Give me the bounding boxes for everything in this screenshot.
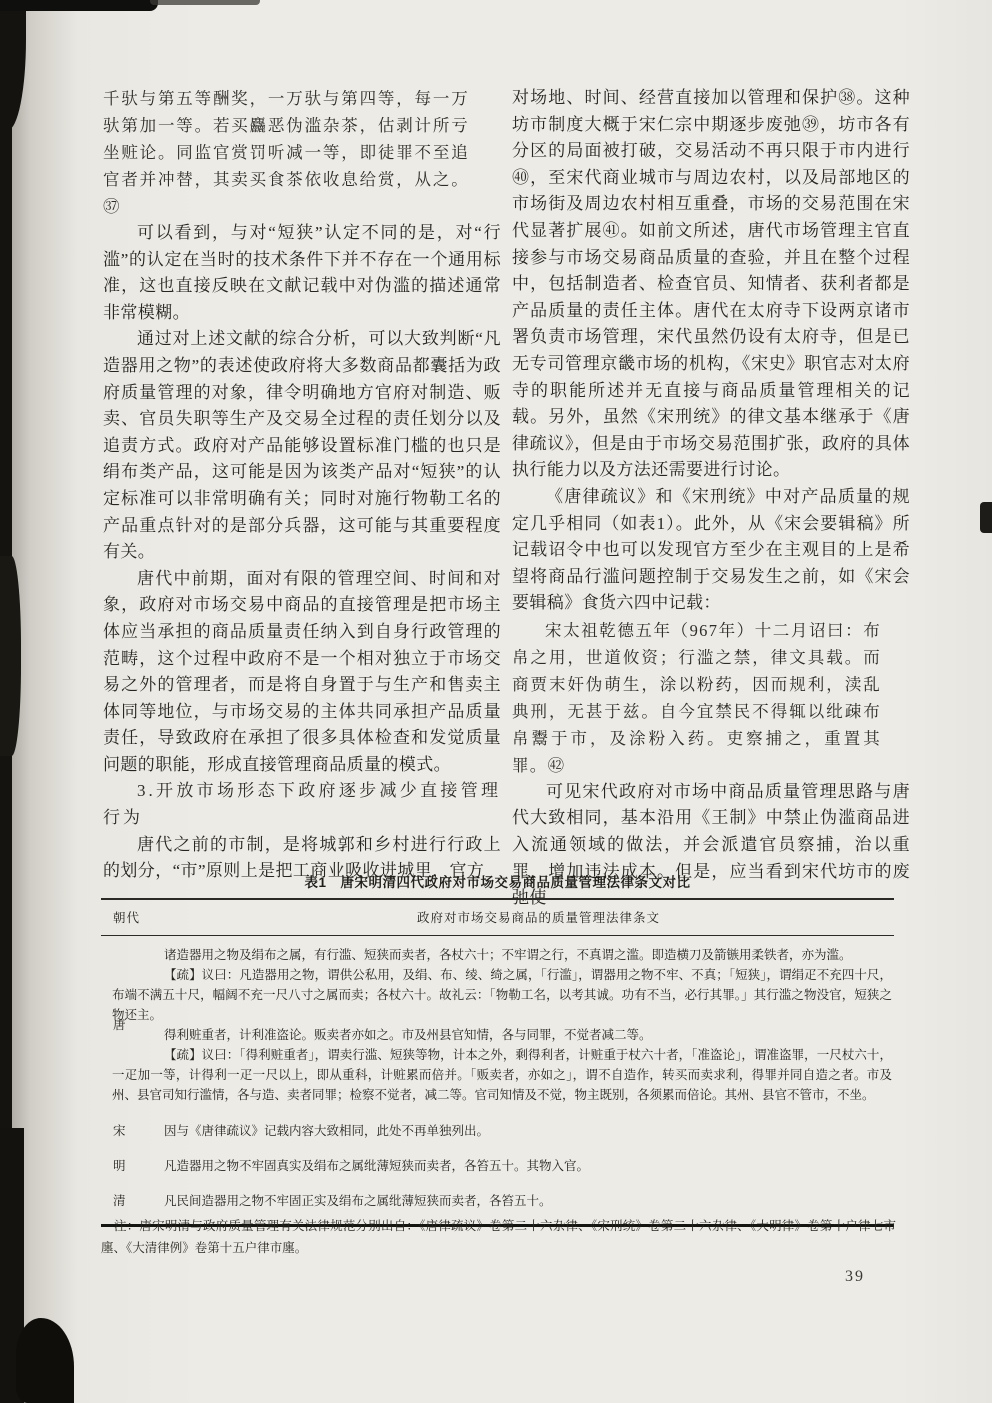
- law-text: 得利赃重者，计利准盗论。贩卖者亦如之。市及州县官知情，各与同罪，不觉者减二等。: [101, 1025, 894, 1045]
- table-rows: 唐 诸造器用之物及绢布之属，有行滥、短狭而卖者，各杖六十；不牢谓之行，不真谓之滥…: [101, 936, 894, 1227]
- page-number: 39: [845, 1268, 865, 1286]
- law-text: 【疏】议曰：凡造器用之物，谓供公私用，及绢、布、绫、绮之属，「行滥」，谓器用之物…: [101, 965, 894, 1025]
- scanned-paper-page: 千驮与第五等酬奖，一万驮与第四等，每一万驮第加一等。若买麤恶伪滥杂茶，估剥计所亏…: [0, 0, 992, 1403]
- left-text-column: 千驮与第五等酬奖，一万驮与第四等，每一万驮第加一等。若买麤恶伪滥杂茶，估剥计所亏…: [103, 85, 501, 885]
- table-body: 朝代 政府对市场交易商品的质量管理法律条文 唐 诸造器用之物及绢布之属，有行滥、…: [101, 898, 894, 1227]
- table-caption-label: 表1: [304, 875, 326, 890]
- dynasty-label-song: 宋: [113, 1121, 126, 1141]
- table-header-law: 政府对市场交易商品的质量管理法律条文: [183, 908, 894, 928]
- table-row: 唐 诸造器用之物及绢布之属，有行滥、短狭而卖者，各杖六十；不牢谓之行，不真谓之滥…: [101, 941, 894, 1109]
- section-subheading: 3.开放市场形态下政府逐步减少直接管理行为: [103, 778, 501, 831]
- table-header-row: 朝代 政府对市场交易商品的质量管理法律条文: [101, 900, 894, 936]
- quote-continuation: 千驮与第五等酬奖，一万驮与第四等，每一万驮第加一等。若买麤恶伪滥杂茶，估剥计所亏…: [103, 85, 469, 220]
- scan-artifact-corner: [16, 1318, 74, 1403]
- scan-artifact-right-tick: [980, 502, 992, 533]
- table-source-note: 注：唐宋明清与政府质量管理有关法律规范分别出自：《唐律疏议》卷第二十六杂律、《宋…: [101, 1216, 896, 1259]
- law-text: 凡民间造器用之物不牢固正实及绢布之属纰薄短狭而卖者，各笞五十。: [101, 1191, 894, 1211]
- scan-artifact-topbar: [0, 0, 158, 11]
- right-text-column: 对场地、时间、经营直接加以管理和保护㊳。这种坊市制度大概于宋仁宗中期逐步废弛㊴，…: [512, 85, 910, 912]
- body-paragraph: 唐代中前期，面对有限的管理空间、时间和对象，政府对市场交易中商品的直接管理是把市…: [103, 566, 501, 779]
- body-paragraph: 通过对上述文献的综合分析，可以大致判断“凡造器用之物”的表述使政府将大多数商品都…: [103, 326, 501, 565]
- dynasty-label-tang: 唐: [113, 1015, 126, 1035]
- table-caption-text: 唐宋明清四代政府对市场交易商品质量管理法律条文对比: [341, 875, 691, 890]
- table-header-dynasty: 朝代: [101, 908, 183, 928]
- comparison-table: 表1唐宋明清四代政府对市场交易商品质量管理法律条文对比 朝代 政府对市场交易商品…: [101, 871, 894, 1227]
- dynasty-label-qing: 清: [113, 1191, 126, 1211]
- law-text: 诸造器用之物及绢布之属，有行滥、短狭而卖者，各杖六十；不牢谓之行，不真谓之滥。即…: [101, 945, 894, 965]
- body-paragraph: 对场地、时间、经营直接加以管理和保护㊳。这种坊市制度大概于宋仁宗中期逐步废弛㊴，…: [512, 85, 910, 484]
- law-text: 【疏】议曰：「得利赃重者」，谓卖行滥、短狭等物，计本之外，剩得利者，计赃重于杖六…: [101, 1045, 894, 1105]
- table-row: 清 凡民间造器用之物不牢固正实及绢布之属纰薄短狭而卖者，各笞五十。: [101, 1187, 894, 1215]
- scan-artifact-top: [0, 0, 26, 130]
- table-row: 宋 因与《唐律疏议》记载内容大致相同，此处不再单独列出。: [101, 1117, 894, 1145]
- scan-artifact-middle: [0, 556, 21, 756]
- scan-artifact-topbar2: [150, 0, 260, 5]
- body-paragraph: 可以看到，与对“短狭”认定不同的是，对“行滥”的认定在当时的技术条件下并不存在一…: [103, 220, 501, 326]
- imperial-edict-quote: 宋太祖乾德五年（967年）十二月诏曰：布帛之用，世道攸资；行滥之禁，律文具载。而…: [512, 617, 881, 779]
- body-paragraph: 《唐律疏议》和《宋刑统》中对产品质量的规定几乎相同（如表1）。此外，从《宋会要辑…: [512, 484, 910, 617]
- dynasty-label-ming: 明: [113, 1156, 126, 1176]
- table-caption: 表1唐宋明清四代政府对市场交易商品质量管理法律条文对比: [101, 871, 894, 891]
- table-row: 明 凡造器用之物不牢固真实及绢布之属纰薄短狭而卖者，各笞五十。其物入官。: [101, 1152, 894, 1180]
- law-text: 因与《唐律疏议》记载内容大致相同，此处不再单独列出。: [101, 1121, 894, 1141]
- law-text: 凡造器用之物不牢固真实及绢布之属纰薄短狭而卖者，各笞五十。其物入官。: [101, 1156, 894, 1176]
